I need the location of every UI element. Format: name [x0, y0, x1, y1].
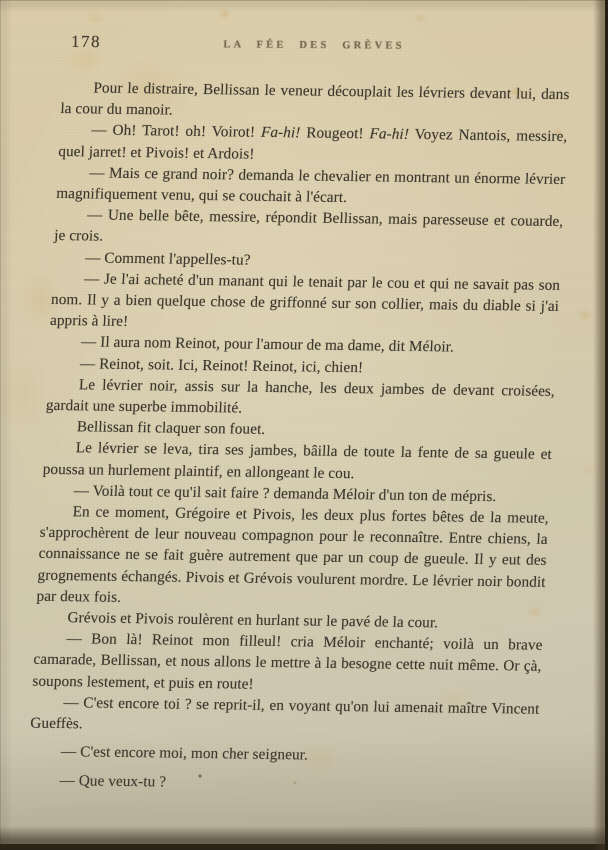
- text-run: — Mais ce grand noir? demanda le chevali…: [56, 164, 566, 206]
- text-run: Bellissan fit claquer son fouet.: [76, 418, 265, 438]
- text-run: — C'est encore moi, mon cher seigneur.: [61, 743, 309, 763]
- text-run: En ce moment, Grégoire et Pivois, les de…: [36, 503, 549, 605]
- paragraph: En ce moment, Grégoire et Pivois, les de…: [36, 501, 549, 614]
- body-text: Pour le distraire, Bellissan le veneur d…: [27, 77, 570, 797]
- paragraph: — Oh! Tarot! oh! Voirot! Fa-hi! Rougeot!…: [58, 119, 568, 168]
- text-run: — C'est encore toi ? se reprit-il, en vo…: [30, 694, 540, 732]
- paragraph: — Je l'ai acheté d'un manant qui le tena…: [50, 268, 561, 339]
- paragraph: — Que veux-tu ?: [27, 769, 536, 797]
- scanned-book-page: 178 LA FÉE DES GRÈVES Pour le distraire,…: [0, 0, 608, 850]
- paragraph: — C'est encore moi, mon cher seigneur.: [28, 741, 537, 769]
- text-run: — Comment l'appelles-tu?: [85, 249, 251, 268]
- italic-text-run: Fa-hi!: [261, 124, 301, 142]
- text-run: — Il aura nom Reinot, pour l'amour de ma…: [81, 334, 455, 356]
- text-run: — Je l'ai acheté d'un manant qui le tena…: [50, 270, 561, 330]
- text-run: Rougeot!: [300, 125, 370, 143]
- text-run: — Bon là! Reinot mon filleul! cria Méloi…: [32, 630, 543, 692]
- paragraph: — Bon là! Reinot mon filleul! cria Méloi…: [32, 628, 543, 699]
- text-run: Pour le distraire, Bellissan le veneur d…: [60, 79, 570, 118]
- text-run: Le lévrier se leva, tira ses jambes, bâi…: [42, 440, 552, 482]
- text-run: Grévois et Pivois roulèrent en hurlant s…: [67, 609, 438, 631]
- text-run: — Une belle bête, messire, répondit Bell…: [54, 207, 564, 245]
- paragraph: — Mais ce grand noir? demanda le chevali…: [56, 162, 566, 211]
- paragraph: — Une belle bête, messire, répondit Bell…: [54, 204, 564, 253]
- paragraph: Pour le distraire, Bellissan le veneur d…: [60, 77, 570, 126]
- italic-text-run: Fa-hi!: [369, 126, 409, 144]
- paragraph: Le lévrier noir, assis sur la hanche, le…: [45, 374, 555, 423]
- paragraph: Le lévrier se leva, tira ses jambes, bâi…: [42, 437, 552, 486]
- text-run: — Que veux-tu ?: [59, 772, 166, 790]
- running-title: LA FÉE DES GRÈVES: [60, 38, 568, 53]
- paragraph: — C'est encore toi ? se reprit-il, en vo…: [30, 692, 540, 741]
- text-run: Le lévrier noir, assis sur la hanche, le…: [46, 376, 556, 416]
- text-run: — Reinot, soit. Ici, Reinot! Reinot, ici…: [80, 355, 364, 376]
- text-run: — Oh! Tarot! oh! Voirot!: [91, 122, 261, 141]
